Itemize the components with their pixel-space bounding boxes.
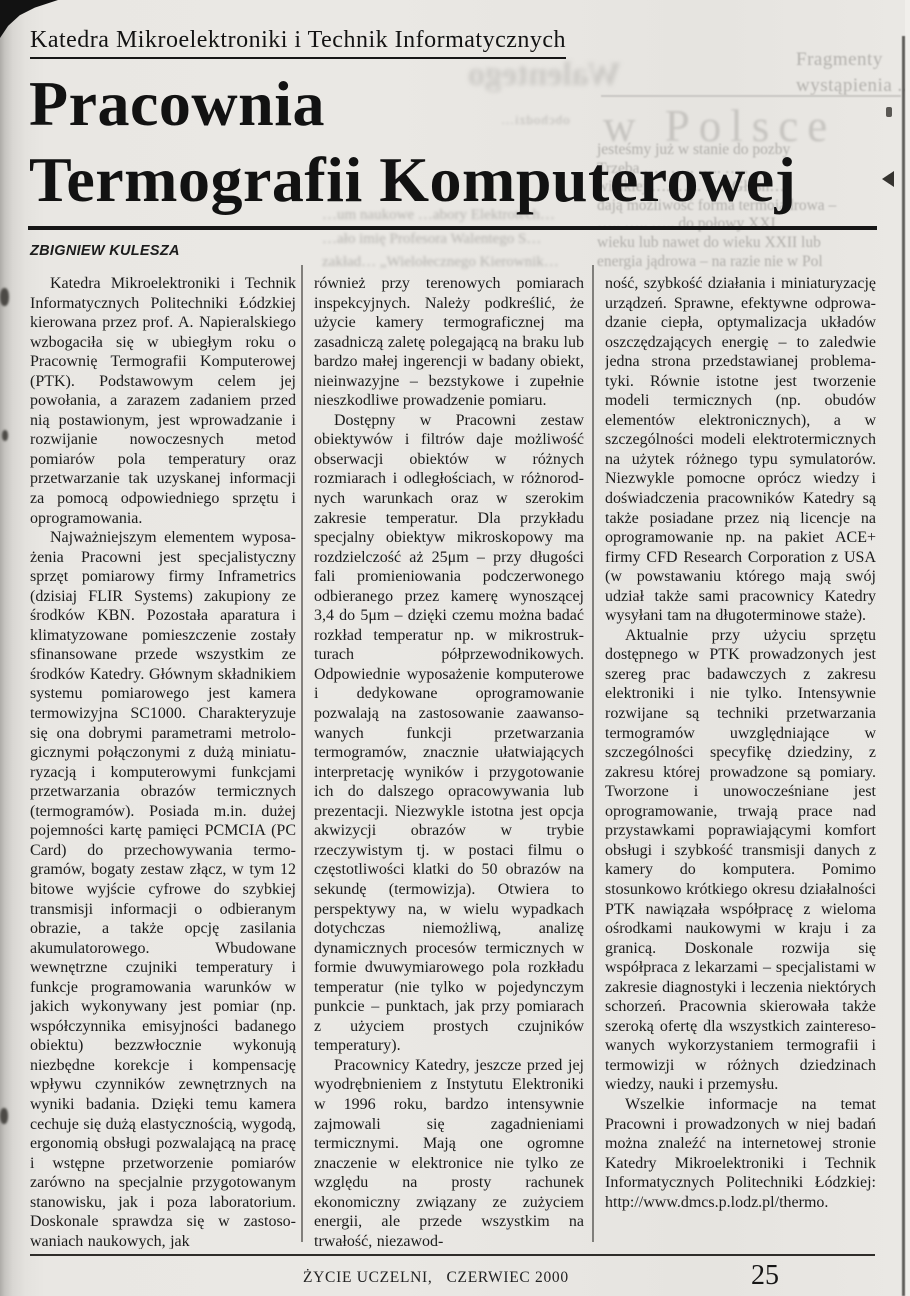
page-edge-line (902, 36, 905, 1296)
body-paragraph: Katedra Mikro­elektroniki i Technik Info… (30, 274, 296, 528)
scan-edge-smudge (0, 288, 9, 306)
journal-name: ŻYCIE UCZELNI, (303, 1269, 432, 1286)
body-paragraph: również przy terenowych pomiarach inspek… (314, 274, 584, 411)
right-margin-arrow-icon (882, 171, 894, 187)
footer-rule (30, 1254, 875, 1256)
body-paragraph: Wszelkie informacje na temat Pracowni i … (605, 1095, 876, 1212)
body-paragraph: Pracownicy Katedry, jeszcze przed jej wy… (314, 1056, 584, 1249)
article-title: PracowniaTermografii Komputerowej (29, 66, 796, 218)
title-rule (28, 226, 877, 230)
article-title-line2: Termografii Komputerowej (29, 144, 796, 215)
scan-edge-smudge (0, 1108, 8, 1124)
page-edge-highlight (905, 0, 910, 1296)
text-column-2: również przy terenowych pomiarach inspek… (314, 274, 584, 1249)
section-kicker: Katedra Mikroelektroniki i Technik Infor… (30, 27, 566, 59)
right-margin-mark (886, 107, 892, 117)
journal-issue: CZERWIEC 2000 (446, 1269, 568, 1286)
text-column-3: ność, szybkość działania i miniatury­zac… (605, 274, 876, 1249)
author-byline: ZBIGNIEW KULESZA (30, 243, 180, 259)
page-number: 25 (751, 1260, 779, 1292)
column-divider-1 (301, 265, 303, 1242)
article-title-line1: Pracownia (29, 68, 325, 139)
magazine-page-scan: Walentego obchodzi… Fragmentywystąpienia… (0, 0, 910, 1296)
column-divider-2 (592, 265, 594, 1242)
scan-edge-smudge (2, 430, 8, 441)
body-paragraph: Najważ­niejszym elementem wyposa­żenia P… (30, 528, 296, 1249)
body-paragraph: Aktualnie przy użyciu sprzętu dostępnego… (605, 626, 876, 1095)
body-paragraph: Dostępny w Pracowni zestaw obiektywów i … (314, 411, 584, 1056)
article-body: Katedra Mikro­elektroniki i Technik Info… (30, 274, 876, 1256)
text-column-1: Katedra Mikro­elektroniki i Technik Info… (30, 274, 296, 1249)
page-content: Katedra Mikroelektroniki i Technik Infor… (0, 0, 910, 1296)
body-paragraph: ność, szybkość działania i miniatury­zac… (605, 274, 876, 626)
journal-footer: ŻYCIE UCZELNI,CZERWIEC 2000 (303, 1269, 569, 1287)
